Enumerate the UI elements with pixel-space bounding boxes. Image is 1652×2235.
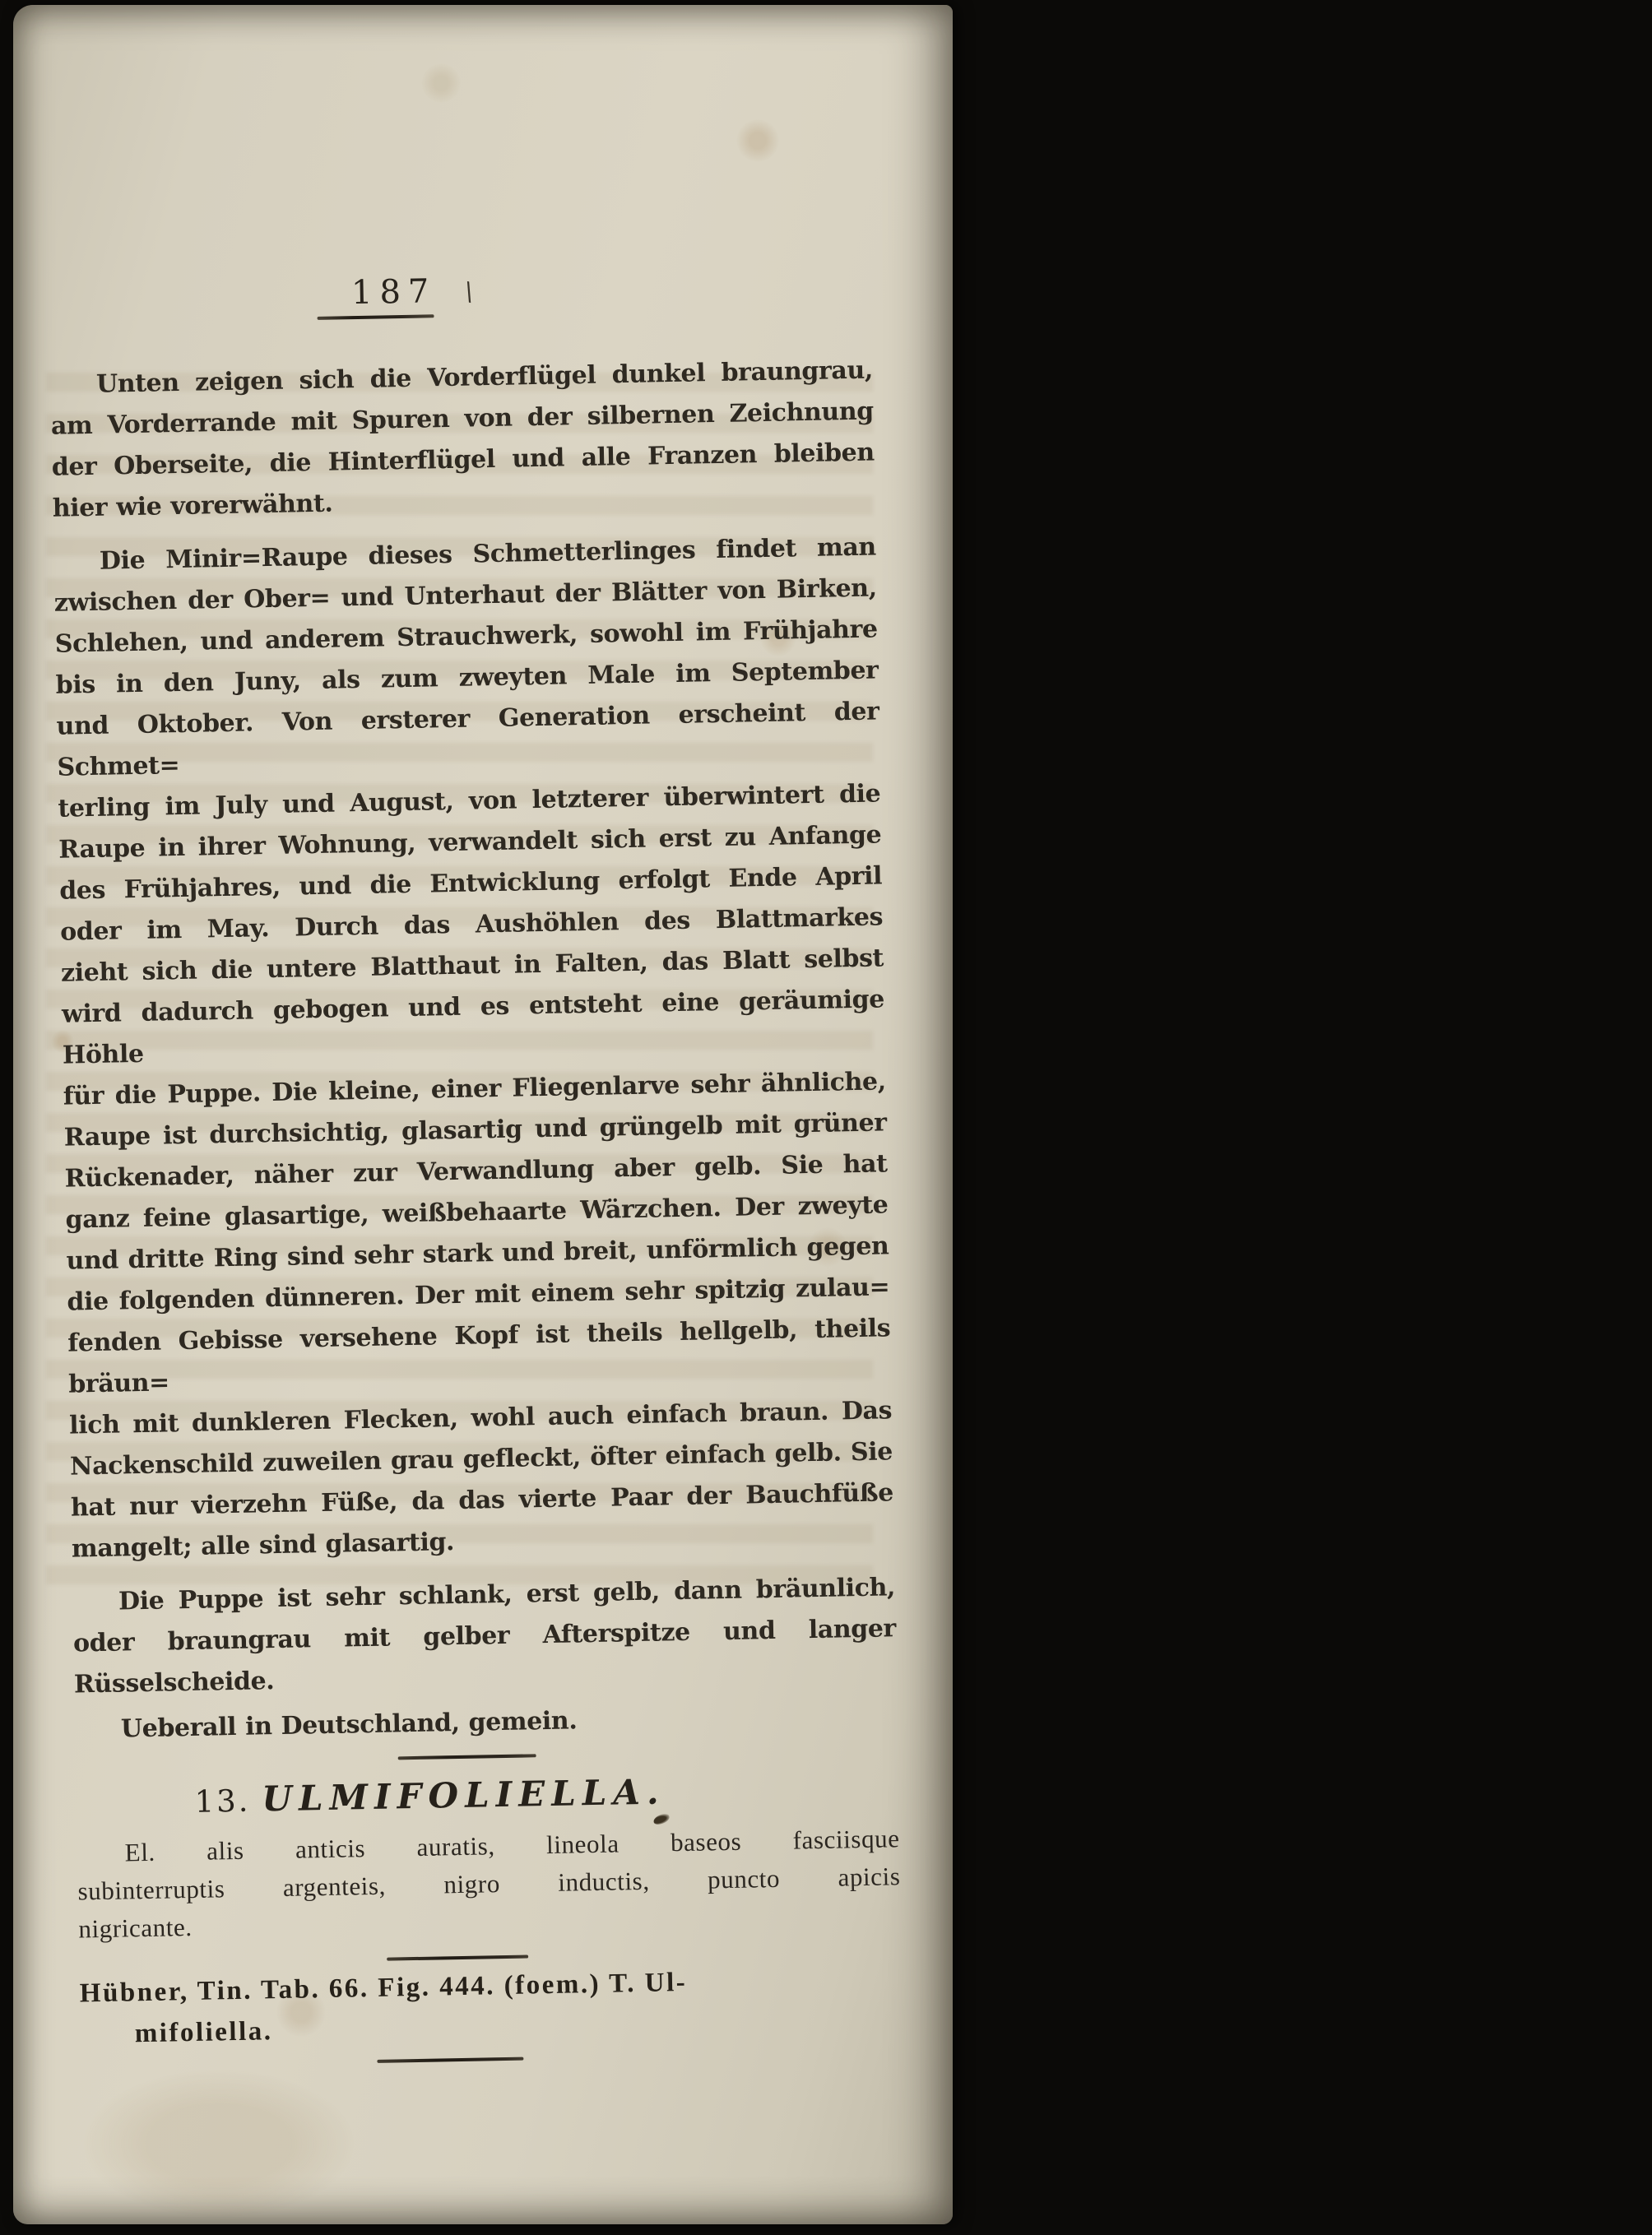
stray-ink-mark: \: [462, 277, 476, 307]
citation-rule-bottom: [377, 2057, 523, 2063]
latin-diagnosis: El. alis anticis auratis, lineola baseos…: [77, 1820, 901, 1948]
paragraph: Unten zeigen sich die Vorderflügel dunke…: [50, 350, 875, 529]
citation: Hübner, Tin. Tab. 66. Fig. 444. (foem.) …: [79, 1958, 903, 2055]
page-header: 187 \: [44, 1, 873, 365]
page-content: 187 \ Unten zeigen sich die Vorderflügel…: [44, 1, 904, 2069]
book-page: 187 \ Unten zeigen sich die Vorderflügel…: [13, 5, 953, 2224]
text-line: oder braungrau mit gelber Afterspitze un…: [73, 1608, 898, 1705]
citation-rule-top: [387, 1954, 528, 1960]
body-text: Unten zeigen sich die Vorderflügel dunke…: [50, 350, 898, 1750]
paragraph: Die Puppe ist sehr schlank, erst gelb, d…: [72, 1567, 898, 1705]
text-line: und Oktober. Von ersterer Generation ers…: [56, 691, 880, 788]
scanned-book-photo: { "page": { "number": "187", "stray_mark…: [0, 0, 1652, 2235]
species-heading: 13.ULMIFOLIELLA.: [76, 1773, 784, 1820]
text-line: fenden Gebisse versehene Kopf ist theils…: [67, 1308, 892, 1405]
text-line: wird dadurch gebogen und es entsteht ein…: [62, 979, 886, 1076]
section-divider-rule: [398, 1754, 536, 1760]
species-number: 13.: [194, 1783, 251, 1820]
species-name: ULMIFOLIELLA.: [262, 1771, 666, 1819]
page-number-underline: [318, 314, 434, 320]
page-number: 187: [351, 275, 437, 309]
paragraph: Die Minir=Raupe dieses Schmetterlinges f…: [53, 526, 895, 1570]
